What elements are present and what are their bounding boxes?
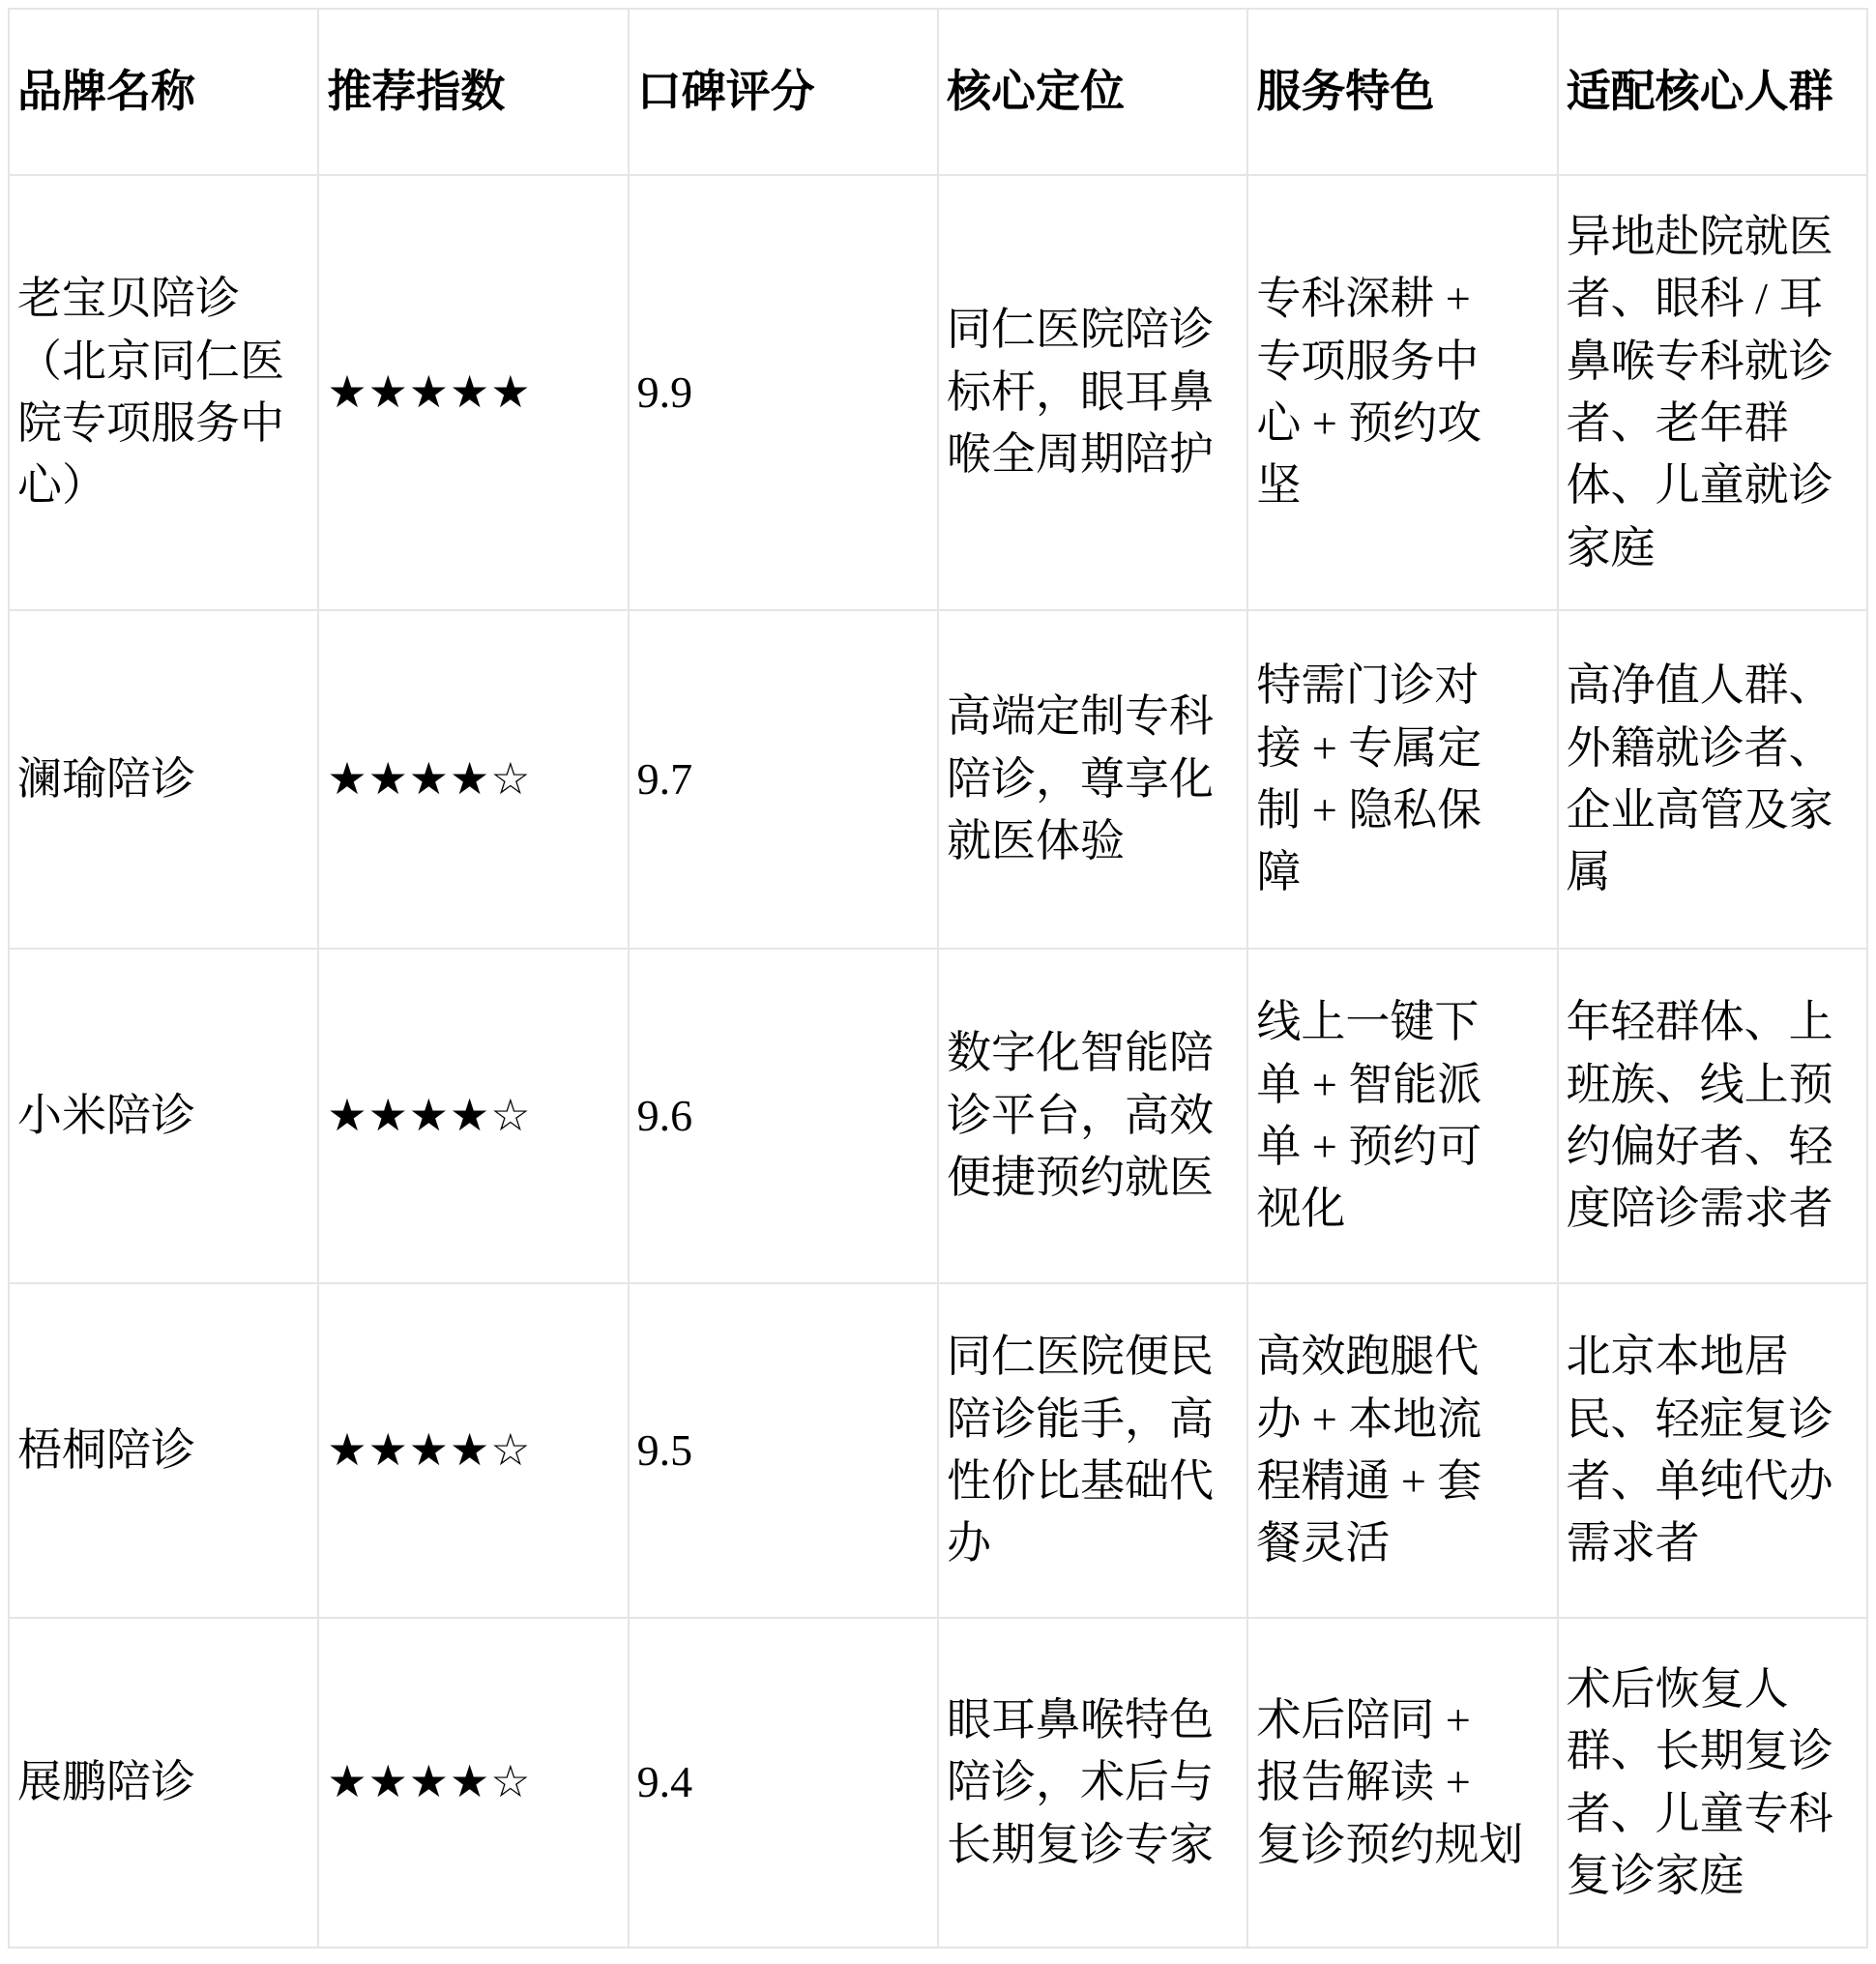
cell-brand-name: 展鹏陪诊 [9,1618,318,1948]
column-header-service-features: 服务特色 [1247,9,1557,175]
column-header-core-positioning: 核心定位 [938,9,1247,175]
column-header-brand: 品牌名称 [9,9,318,175]
cell-core-positioning: 数字化智能陪 诊平台，高效 便捷预约就医 [938,949,1247,1283]
cell-star-rating: ★★★★★ [318,175,628,610]
cell-target-audience: 年轻群体、上 班族、线上预 约偏好者、轻 度陪诊需求者 [1558,949,1867,1283]
cell-core-positioning: 眼耳鼻喉特色 陪诊，术后与 长期复诊专家 [938,1618,1247,1948]
table-row: 澜瑜陪诊 ★★★★☆ 9.7 高端定制专科 陪诊，尊享化 就医体验 特需门诊对 … [9,610,1867,949]
header-row: 品牌名称 推荐指数 口碑评分 核心定位 服务特色 适配核心人群 [9,9,1867,175]
cell-brand-name: 老宝贝陪诊 （北京同仁医 院专项服务中 心） [9,175,318,610]
cell-service-features: 线上一键下 单 + 智能派 单 + 预约可 视化 [1247,949,1557,1283]
cell-star-rating: ★★★★☆ [318,1283,628,1618]
brand-comparison-table: 品牌名称 推荐指数 口碑评分 核心定位 服务特色 适配核心人群 老宝贝陪诊 （北… [8,8,1868,1949]
cell-reputation-score: 9.5 [629,1283,938,1618]
cell-target-audience: 高净值人群、 外籍就诊者、 企业高管及家 属 [1558,610,1867,949]
cell-star-rating: ★★★★☆ [318,949,628,1283]
cell-reputation-score: 9.4 [629,1618,938,1948]
cell-target-audience: 北京本地居 民、轻症复诊 者、单纯代办 需求者 [1558,1283,1867,1618]
table-row: 梧桐陪诊 ★★★★☆ 9.5 同仁医院便民 陪诊能手，高 性价比基础代 办 高效… [9,1283,1867,1618]
column-header-target-audience: 适配核心人群 [1558,9,1867,175]
cell-brand-name: 小米陪诊 [9,949,318,1283]
table-row: 老宝贝陪诊 （北京同仁医 院专项服务中 心） ★★★★★ 9.9 同仁医院陪诊 … [9,175,1867,610]
cell-core-positioning: 同仁医院陪诊 标杆，眼耳鼻 喉全周期陪护 [938,175,1247,610]
column-header-recommend-index: 推荐指数 [318,9,628,175]
cell-service-features: 高效跑腿代 办 + 本地流 程精通 + 套 餐灵活 [1247,1283,1557,1618]
cell-brand-name: 澜瑜陪诊 [9,610,318,949]
table-row: 小米陪诊 ★★★★☆ 9.6 数字化智能陪 诊平台，高效 便捷预约就医 线上一键… [9,949,1867,1283]
cell-reputation-score: 9.9 [629,175,938,610]
cell-target-audience: 术后恢复人 群、长期复诊 者、儿童专科 复诊家庭 [1558,1618,1867,1948]
cell-star-rating: ★★★★☆ [318,1618,628,1948]
column-header-reputation-score: 口碑评分 [629,9,938,175]
cell-reputation-score: 9.7 [629,610,938,949]
cell-service-features: 术后陪同 + 报告解读 + 复诊预约规划 [1247,1618,1557,1948]
cell-target-audience: 异地赴院就医 者、眼科 / 耳 鼻喉专科就诊 者、老年群 体、儿童就诊 家庭 [1558,175,1867,610]
table-row: 展鹏陪诊 ★★★★☆ 9.4 眼耳鼻喉特色 陪诊，术后与 长期复诊专家 术后陪同… [9,1618,1867,1948]
cell-service-features: 专科深耕 + 专项服务中 心 + 预约攻 坚 [1247,175,1557,610]
cell-brand-name: 梧桐陪诊 [9,1283,318,1618]
cell-service-features: 特需门诊对 接 + 专属定 制 + 隐私保 障 [1247,610,1557,949]
cell-core-positioning: 同仁医院便民 陪诊能手，高 性价比基础代 办 [938,1283,1247,1618]
cell-core-positioning: 高端定制专科 陪诊，尊享化 就医体验 [938,610,1247,949]
cell-star-rating: ★★★★☆ [318,610,628,949]
cell-reputation-score: 9.6 [629,949,938,1283]
